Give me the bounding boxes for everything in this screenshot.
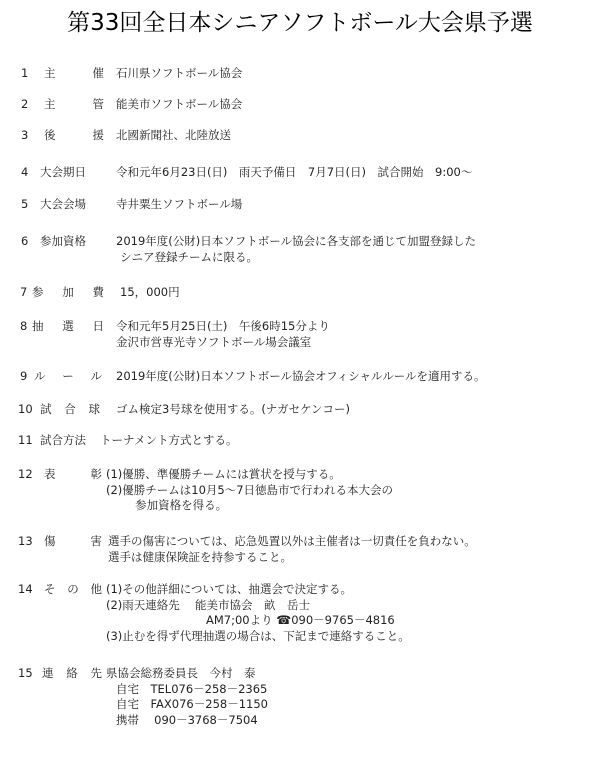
item-content: 令和元年6月23日(日) 雨天予備日 7月7日(日) 試合開始 9:00〜 — [116, 165, 472, 181]
content-line: 県協会総務委員長 今村 泰 — [106, 666, 268, 682]
item-number: 8 — [20, 319, 27, 335]
item-number: 5 — [21, 197, 28, 213]
item-number: 6 — [21, 234, 28, 250]
item-content: 石川県ソフトボール協会 — [116, 66, 242, 82]
label-char: 加 — [62, 285, 74, 301]
label-char: 日 — [93, 319, 105, 335]
item-label: 主 管 — [44, 97, 104, 113]
content-line: (1)その他詳細については、抽選会で決定する。 — [106, 582, 410, 598]
item-content: 能美市ソフトボール協会 — [116, 97, 242, 113]
content-line: 携帯 090－3768－7504 — [106, 713, 268, 729]
document-title: 第33回全日本シニアソフトボール大会県予選 — [0, 4, 600, 37]
content-line: 寺井粟生ソフトボール場 — [116, 197, 242, 213]
label-char: 催 — [93, 66, 105, 82]
item-content: 県協会総務委員長 今村 泰 自宅 TEL076－258－2365 自宅 FAX0… — [106, 666, 268, 728]
label-char: 試 — [40, 402, 52, 418]
label-char: 援 — [93, 128, 105, 144]
content-line: 北國新聞社、北陸放送 — [116, 128, 231, 144]
item-label: ル ー ル — [34, 369, 102, 385]
item-number: 14 — [18, 582, 33, 598]
item-number: 4 — [21, 165, 28, 181]
item-label: 表 彰 — [44, 467, 102, 483]
content-line: 金沢市営専光寺ソフトボール場会議室 — [116, 335, 330, 351]
label-char: 球 — [89, 402, 101, 418]
item-number: 13 — [18, 534, 33, 550]
label-char: の — [67, 582, 79, 598]
content-line: 15，000円 — [120, 285, 180, 301]
label-char: 抽 — [32, 319, 44, 335]
content-line: 参加資格を得る。 — [106, 498, 393, 514]
label-text: 試合方法 — [40, 433, 86, 449]
label-char: 後 — [44, 128, 56, 144]
item-number: 2 — [21, 97, 28, 113]
label-char: 管 — [93, 97, 105, 113]
item-content: 北國新聞社、北陸放送 — [116, 128, 231, 144]
label-char: ル — [91, 369, 103, 385]
rain-contact-phone: AM7;00より ☎090－9765－4816 — [106, 613, 410, 629]
label-char: 参 — [32, 285, 44, 301]
item-number: 3 — [21, 128, 28, 144]
item-number: 15 — [18, 666, 33, 682]
item-label: 傷 害 — [44, 534, 102, 550]
content-line: 選手の傷害については、応急処置以外は主催者は一切責任を負わない。 — [108, 534, 476, 550]
content-line: 令和元年5月25日(土) 午後6時15分より — [116, 319, 330, 335]
label-char: 表 — [44, 467, 56, 483]
content-line: (2)優勝チームは10月5〜7日徳島市で行われる本大会の — [106, 483, 393, 499]
label-char: 選 — [62, 319, 74, 335]
label-char: 害 — [91, 534, 103, 550]
item-number: 7 — [20, 285, 27, 301]
item-label: 試合方法 — [40, 433, 86, 449]
item-label: 大会期日 — [40, 165, 86, 181]
item-content: (1)優勝、準優勝チームには賞状を授与する。 (2)優勝チームは10月5〜7日徳… — [106, 467, 393, 514]
item-number: 10 — [18, 402, 33, 418]
label-text: 参加資格 — [40, 234, 86, 250]
label-char: 連 — [42, 666, 54, 682]
item-number: 9 — [20, 369, 27, 385]
content-line: (1)優勝、準優勝チームには賞状を授与する。 — [106, 467, 393, 483]
item-label: 大会会場 — [40, 197, 86, 213]
phone-number: 090－9765－4816 — [291, 613, 394, 627]
content-line: (3)止むを得ず代理抽選の場合は、下記まで連絡すること。 — [106, 629, 410, 645]
item-content: 寺井粟生ソフトボール場 — [116, 197, 242, 213]
label-char: 絡 — [66, 666, 78, 682]
content-line: 自宅 FAX076－258－1150 — [106, 697, 268, 713]
item-label: 参 加 費 — [32, 285, 104, 301]
content-line: 2019年度(公財)日本ソフトボール協会オフィシャルルールを適用する。 — [116, 369, 486, 385]
content-line: 自宅 TEL076－258－2365 — [106, 682, 268, 698]
content-line: 令和元年6月23日(日) 雨天予備日 7月7日(日) 試合開始 9:00〜 — [116, 165, 472, 181]
item-label: 参加資格 — [40, 234, 86, 250]
label-char: 他 — [91, 582, 103, 598]
label-char: 彰 — [91, 467, 103, 483]
item-content: (1)その他詳細については、抽選会で決定する。 (2)雨天連絡先 能美市協会 畝… — [106, 582, 410, 644]
label-char: 合 — [64, 402, 76, 418]
item-label: 主 催 — [44, 66, 104, 82]
content-line: 石川県ソフトボール協会 — [116, 66, 242, 82]
item-content: 2019年度(公財)日本ソフトボール協会に各支部を通じて加盟登録した シニア登録… — [116, 234, 476, 265]
item-label: 試 合 球 — [40, 402, 100, 418]
item-content: ゴム検定3号球を使用する。(ナガセケンコー) — [116, 402, 350, 418]
item-number: 12 — [18, 467, 33, 483]
item-content: 2019年度(公財)日本ソフトボール協会オフィシャルルールを適用する。 — [116, 369, 486, 385]
label-char: ー — [62, 369, 74, 385]
item-content: 選手の傷害については、応急処置以外は主催者は一切責任を負わない。 選手は健康保険… — [108, 534, 476, 565]
label-char: 傷 — [44, 534, 56, 550]
item-label: 連 絡 先 — [42, 666, 102, 682]
label-char: 主 — [44, 66, 56, 82]
content-line: 能美市ソフトボール協会 — [116, 97, 242, 113]
content-line: ゴム検定3号球を使用する。(ナガセケンコー) — [116, 402, 350, 418]
label-char: 費 — [93, 285, 105, 301]
telephone-icon: ☎ — [276, 613, 291, 627]
item-number: 11 — [18, 433, 33, 449]
content-line: 2019年度(公財)日本ソフトボール協会に各支部を通じて加盟登録した — [116, 234, 476, 250]
label-char: ル — [34, 369, 46, 385]
phone-prefix: AM7;00より — [206, 613, 273, 627]
label-text: 大会期日 — [40, 165, 86, 181]
item-label: 抽 選 日 — [32, 319, 104, 335]
item-content: 令和元年5月25日(土) 午後6時15分より 金沢市営専光寺ソフトボール場会議室 — [116, 319, 330, 350]
item-label: 後 援 — [44, 128, 104, 144]
content-line: 選手は健康保険証を持参すること。 — [108, 550, 476, 566]
content-line: シニア登録チームに限る。 — [116, 250, 476, 266]
content-line: トーナメント方式とする。 — [100, 433, 238, 449]
label-char: 主 — [44, 97, 56, 113]
item-label: そ の 他 — [44, 582, 102, 598]
item-content: 15，000円 — [120, 285, 180, 301]
label-char: そ — [44, 582, 56, 598]
item-content: トーナメント方式とする。 — [100, 433, 238, 449]
content-line: (2)雨天連絡先 能美市協会 畝 岳士 — [106, 598, 410, 614]
item-number: 1 — [21, 66, 28, 82]
label-text: 大会会場 — [40, 197, 86, 213]
label-char: 先 — [91, 666, 103, 682]
